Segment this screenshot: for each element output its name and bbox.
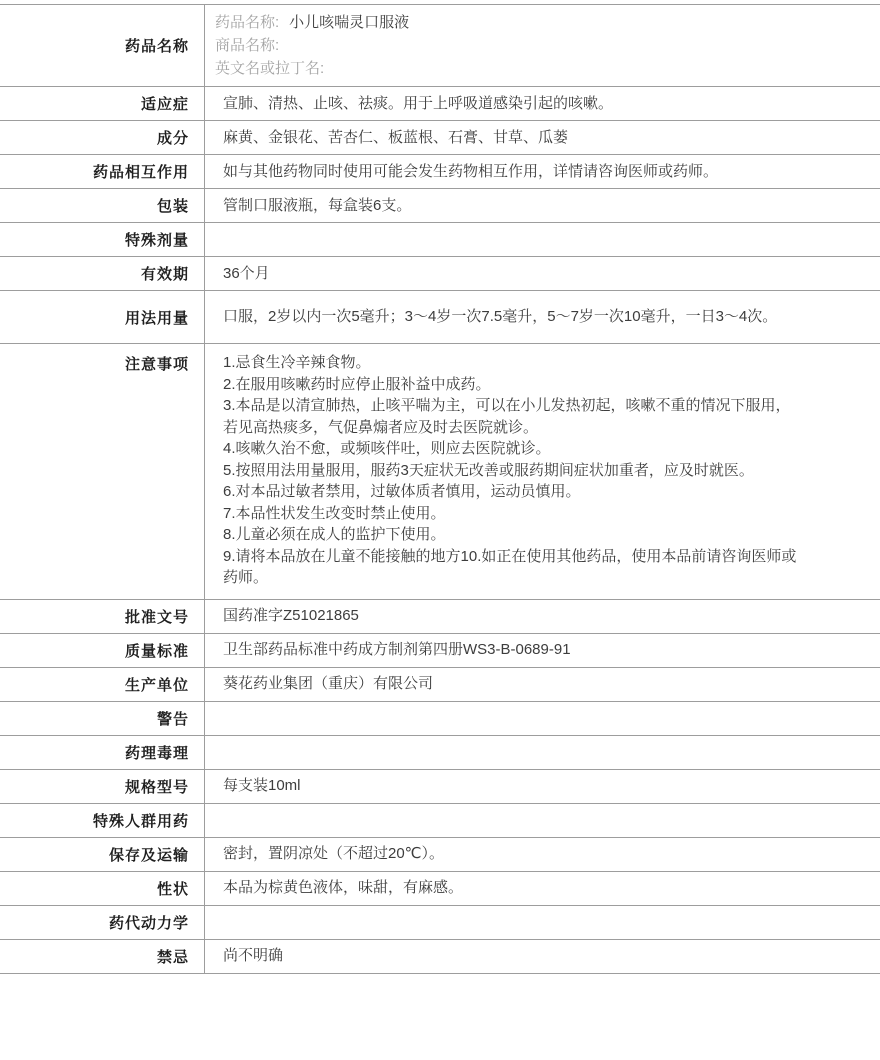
row-value: 卫生部药品标准中药成方制剂第四册WS3-B-0689-91 [205,634,880,667]
row-specification: 规格型号 每支装10ml [0,770,880,804]
row-value: 每支装10ml [205,770,880,803]
row-label: 适应症 [0,87,205,120]
row-special-dosage: 特殊剂量 [0,223,880,257]
row-value: 密封，置阴凉处（不超过20℃）。 [205,838,880,871]
row-label: 质量标准 [0,634,205,667]
row-value: 管制口服液瓶，每盒装6支。 [205,189,880,222]
row-label: 药品相互作用 [0,155,205,188]
drug-name-value: 小儿咳喘灵口服液 [289,14,409,31]
row-manufacturer: 生产单位 葵花药业集团（重庆）有限公司 [0,668,880,702]
row-label: 药代动力学 [0,906,205,939]
row-warning: 警告 [0,702,880,736]
row-value [205,736,880,769]
drug-info-table: 药品名称 药品名称:小儿咳喘灵口服液 商品名称: 英文名或拉丁名: 适应症 宣肺… [0,4,880,974]
precaution-item: 2.在服用咳嗽药时应停止服补益中成药。 [223,374,800,396]
trade-name-line: 商品名称: [215,34,800,57]
row-value: 麻黄、金银花、苦杏仁、板蓝根、石膏、甘草、瓜蒌 [205,121,880,154]
precaution-item: 1.忌食生冷辛辣食物。 [223,352,800,374]
row-quality-standard: 质量标准 卫生部药品标准中药成方制剂第四册WS3-B-0689-91 [0,634,880,668]
row-character: 性状 本品为棕黄色液体，味甜，有麻感。 [0,872,880,906]
row-label: 特殊剂量 [0,223,205,256]
row-value: 尚不明确 [205,940,880,973]
trade-name-prefix: 商品名称: [215,37,279,54]
row-value: 药品名称:小儿咳喘灵口服液 商品名称: 英文名或拉丁名: [205,5,880,86]
row-precautions: 注意事项 1.忌食生冷辛辣食物。 2.在服用咳嗽药时应停止服补益中成药。 3.本… [0,344,880,600]
row-label: 注意事项 [0,344,205,599]
row-value [205,223,880,256]
precaution-item: 3.本品是以清宣肺热，止咳平喘为主，可以在小儿发热初起，咳嗽不重的情况下服用，若… [223,395,800,438]
row-label: 用法用量 [0,291,205,343]
row-label: 保存及运输 [0,838,205,871]
precaution-item: 4.咳嗽久治不愈，或频咳伴吐，则应去医院就诊。 [223,438,800,460]
row-approval-number: 批准文号 国药准字Z51021865 [0,600,880,634]
row-storage-transport: 保存及运输 密封，置阴凉处（不超过20℃）。 [0,838,880,872]
row-label: 规格型号 [0,770,205,803]
row-value: 口服，2岁以内一次5毫升；3～4岁一次7.5毫升，5～7岁一次10毫升，一日3～… [205,291,880,343]
row-label: 特殊人群用药 [0,804,205,837]
row-label: 药理毒理 [0,736,205,769]
row-dosage-usage: 用法用量 口服，2岁以内一次5毫升；3～4岁一次7.5毫升，5～7岁一次10毫升… [0,291,880,344]
row-contraindications: 禁忌 尚不明确 [0,940,880,974]
precaution-item: 9.请将本品放在儿童不能接触的地方10.如正在使用其他药品，使用本品前请咨询医师… [223,546,800,589]
row-value [205,906,880,939]
drug-name-prefix: 药品名称: [215,14,279,31]
row-label: 性状 [0,872,205,905]
row-drug-name: 药品名称 药品名称:小儿咳喘灵口服液 商品名称: 英文名或拉丁名: [0,5,880,87]
row-value: 宣肺、清热、止咳、祛痰。用于上呼吸道感染引起的咳嗽。 [205,87,880,120]
precaution-item: 6.对本品过敏者禁用，过敏体质者慎用，运动员慎用。 [223,481,800,503]
row-label: 成分 [0,121,205,154]
precaution-item: 8.儿童必须在成人的监护下使用。 [223,524,800,546]
row-value: 36个月 [205,257,880,290]
english-name-prefix: 英文名或拉丁名: [215,60,324,77]
row-value: 葵花药业集团（重庆）有限公司 [205,668,880,701]
row-pharmacokinetics: 药代动力学 [0,906,880,940]
row-value [205,702,880,735]
row-value: 1.忌食生冷辛辣食物。 2.在服用咳嗽药时应停止服补益中成药。 3.本品是以清宣… [205,344,880,599]
row-label: 批准文号 [0,600,205,633]
row-label: 有效期 [0,257,205,290]
row-label: 警告 [0,702,205,735]
row-indications: 适应症 宣肺、清热、止咳、祛痰。用于上呼吸道感染引起的咳嗽。 [0,87,880,121]
row-label: 生产单位 [0,668,205,701]
drug-name-line: 药品名称:小儿咳喘灵口服液 [215,11,800,34]
row-value: 本品为棕黄色液体，味甜，有麻感。 [205,872,880,905]
row-special-populations: 特殊人群用药 [0,804,880,838]
row-label: 包装 [0,189,205,222]
precaution-item: 5.按照用法用量服用，服药3天症状无改善或服药期间症状加重者，应及时就医。 [223,460,800,482]
row-drug-interactions: 药品相互作用 如与其他药物同时使用可能会发生药物相互作用，详情请咨询医师或药师。 [0,155,880,189]
row-label: 禁忌 [0,940,205,973]
row-label: 药品名称 [0,5,205,86]
row-value: 国药准字Z51021865 [205,600,880,633]
row-ingredients: 成分 麻黄、金银花、苦杏仁、板蓝根、石膏、甘草、瓜蒌 [0,121,880,155]
row-packaging: 包装 管制口服液瓶，每盒装6支。 [0,189,880,223]
row-shelf-life: 有效期 36个月 [0,257,880,291]
precaution-item: 7.本品性状发生改变时禁止使用。 [223,503,800,525]
row-value [205,804,880,837]
row-value: 如与其他药物同时使用可能会发生药物相互作用，详情请咨询医师或药师。 [205,155,880,188]
english-name-line: 英文名或拉丁名: [215,57,800,80]
row-pharmacology-toxicology: 药理毒理 [0,736,880,770]
